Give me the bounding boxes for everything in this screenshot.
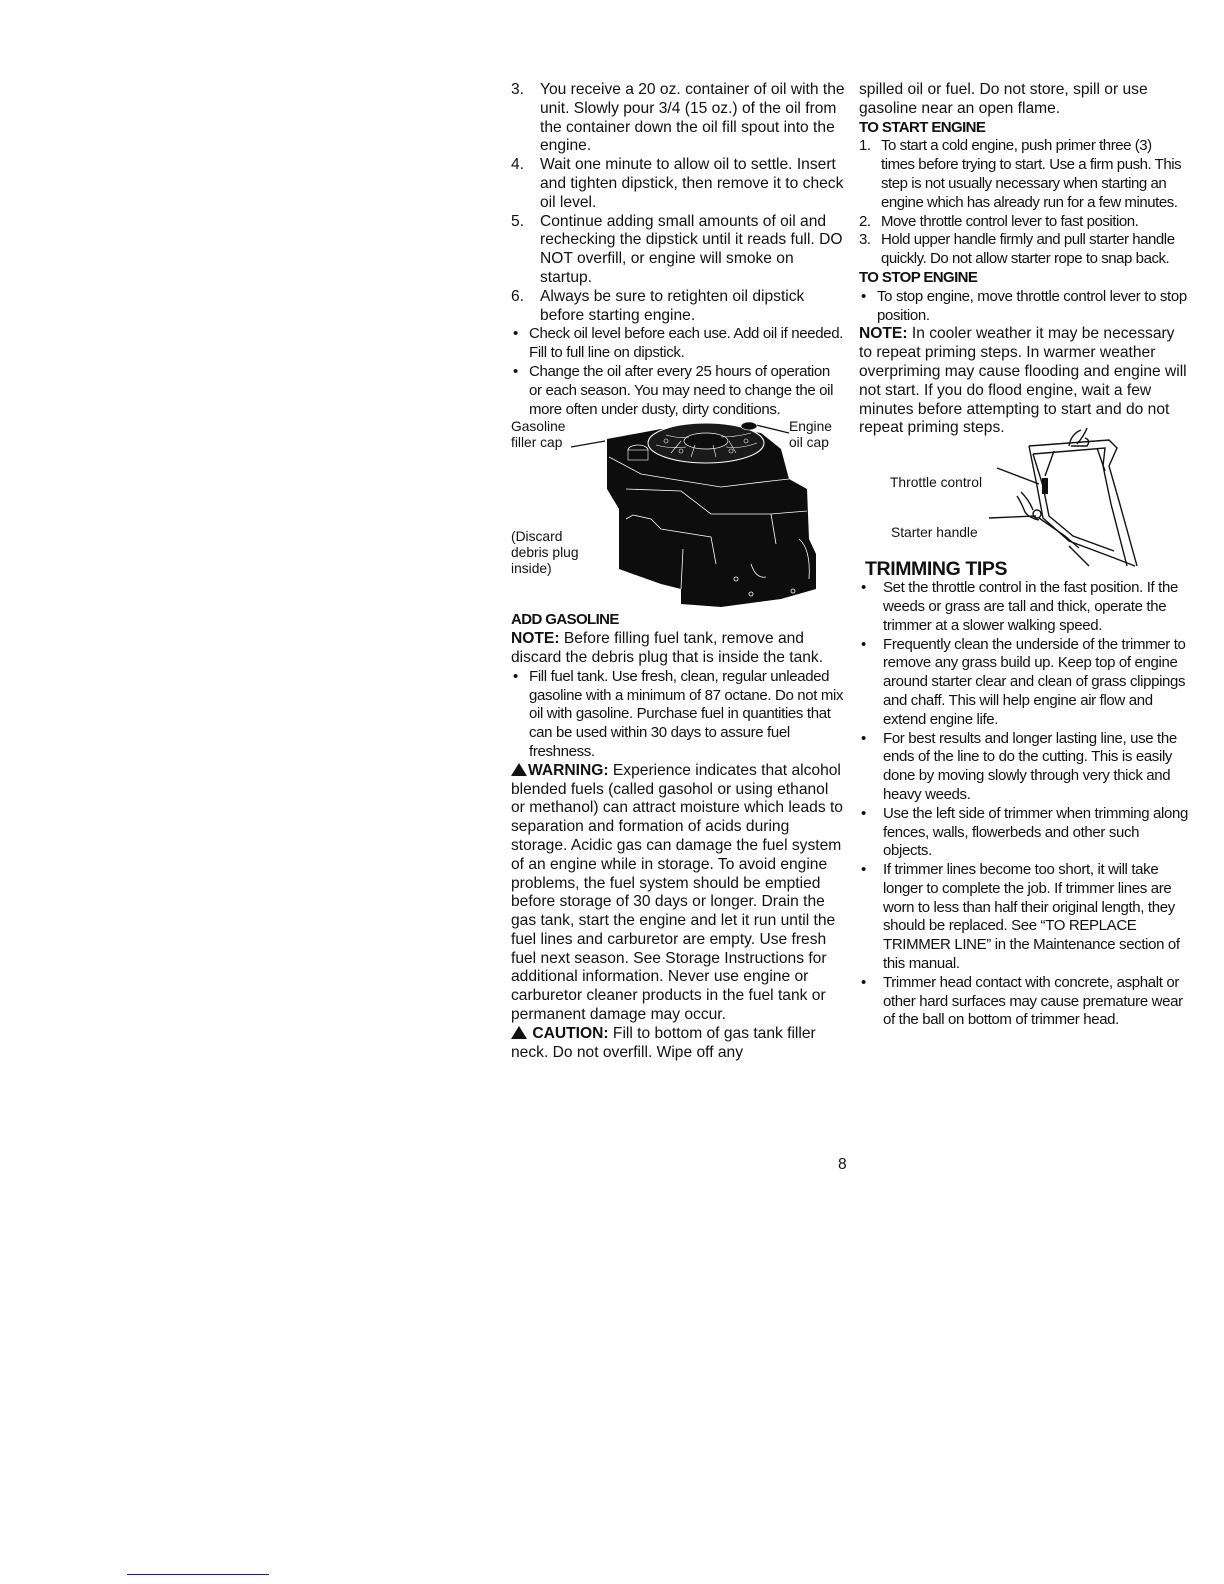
stop-engine-heading: TO STOP ENGINE bbox=[859, 269, 1189, 288]
step-number: 1. bbox=[859, 137, 871, 156]
trimming-tip: • Frequently clean the underside of the … bbox=[859, 636, 1189, 730]
note-text: In cooler weather it may be necessary to… bbox=[859, 325, 1187, 436]
trimming-tip: • For best results and longer lasting li… bbox=[859, 730, 1189, 805]
oil-bullet-check: • Check oil level before each use. Add o… bbox=[511, 325, 845, 363]
bullet-icon: • bbox=[861, 636, 866, 655]
bullet-text: To stop engine, move throttle control le… bbox=[877, 288, 1187, 324]
step-number: 5. bbox=[511, 213, 524, 232]
trimming-tip: • Set the throttle control in the fast p… bbox=[859, 579, 1189, 635]
step-number: 4. bbox=[511, 156, 524, 175]
bullet-text: For best results and longer lasting line… bbox=[883, 730, 1177, 803]
footer-rule bbox=[127, 1574, 269, 1575]
step-number: 2. bbox=[859, 213, 871, 232]
warning-label: WARNING: bbox=[528, 762, 609, 779]
step-text: Wait one minute to allow oil to settle. … bbox=[540, 156, 843, 211]
step-number: 6. bbox=[511, 288, 524, 307]
stop-bullet: • To stop engine, move throttle control … bbox=[859, 288, 1189, 326]
start-step-3: 3. Hold upper handle firmly and pull sta… bbox=[859, 231, 1189, 269]
note-label: NOTE: bbox=[859, 325, 908, 342]
handle-figure: Throttle control Starter handle TRIMMING… bbox=[859, 438, 1189, 573]
bullet-text: If trimmer lines become too short, it wi… bbox=[883, 861, 1180, 972]
left-column: 3. You receive a 20 oz. container of oil… bbox=[511, 81, 845, 1062]
bullet-icon: • bbox=[513, 668, 518, 687]
bullet-icon: • bbox=[861, 805, 866, 824]
step-text: To start a cold engine, push primer thre… bbox=[881, 137, 1181, 210]
trimmer-handle-illustration-icon bbox=[959, 426, 1159, 576]
step-text: Hold upper handle firmly and pull starte… bbox=[881, 231, 1175, 267]
step-text: Always be sure to retighten oil dipstick… bbox=[540, 288, 804, 324]
caution-paragraph: CAUTION: Fill to bottom of gas tank fill… bbox=[511, 1025, 845, 1063]
add-gasoline-heading: ADD GASOLINE bbox=[511, 611, 845, 630]
step-text: Continue adding small amounts of oil and… bbox=[540, 213, 842, 286]
oil-bullet-change: • Change the oil after every 25 hours of… bbox=[511, 363, 845, 419]
engine-illustration-icon bbox=[571, 419, 831, 609]
step-text: You receive a 20 oz. container of oil wi… bbox=[540, 81, 845, 154]
fuel-bullet: • Fill fuel tank. Use fresh, clean, regu… bbox=[511, 668, 845, 762]
bullet-text: Use the left side of trimmer when trimmi… bbox=[883, 805, 1188, 860]
bullet-text: Fill fuel tank. Use fresh, clean, regula… bbox=[529, 668, 843, 760]
bullet-icon: • bbox=[513, 325, 518, 344]
bullet-text: Set the throttle control in the fast pos… bbox=[883, 579, 1178, 634]
right-column: spilled oil or fuel. Do not store, spill… bbox=[859, 81, 1189, 1030]
bullet-text: Trimmer head contact with concrete, asph… bbox=[883, 974, 1183, 1029]
bullet-text: Frequently clean the underside of the tr… bbox=[883, 636, 1186, 728]
bullet-icon: • bbox=[861, 974, 866, 993]
trimming-tips-list: • Set the throttle control in the fast p… bbox=[859, 579, 1189, 1030]
caution-label: CAUTION: bbox=[532, 1025, 608, 1042]
bullet-icon: • bbox=[861, 861, 866, 880]
bullet-icon: • bbox=[513, 363, 518, 382]
warning-paragraph: WARNING: Experience indicates that alcoh… bbox=[511, 762, 845, 1025]
warning-triangle-icon bbox=[511, 763, 527, 776]
step-number: 3. bbox=[859, 231, 871, 250]
page-number: 8 bbox=[838, 1156, 847, 1174]
bullet-icon: • bbox=[861, 579, 866, 598]
add-gasoline-note: NOTE: Before filling fuel tank, remove a… bbox=[511, 630, 845, 668]
step-number: 3. bbox=[511, 81, 524, 100]
step-text: Move throttle control lever to fast posi… bbox=[881, 213, 1138, 230]
trimming-tip: • Trimmer head contact with concrete, as… bbox=[859, 974, 1189, 1030]
note-label: NOTE: bbox=[511, 630, 560, 647]
bullet-icon: • bbox=[861, 288, 866, 307]
oil-step-5: 5. Continue adding small amounts of oil … bbox=[511, 213, 845, 288]
bullet-icon: • bbox=[861, 730, 866, 749]
start-engine-heading: TO START ENGINE bbox=[859, 119, 1189, 138]
oil-step-3: 3. You receive a 20 oz. container of oil… bbox=[511, 81, 845, 156]
trimming-tip: • If trimmer lines become too short, it … bbox=[859, 861, 1189, 974]
warning-text: Experience indicates that alcohol blende… bbox=[511, 762, 843, 1023]
start-step-1: 1. To start a cold engine, push primer t… bbox=[859, 137, 1189, 212]
priming-note: NOTE: In cooler weather it may be necess… bbox=[859, 325, 1189, 438]
bullet-text: Change the oil after every 25 hours of o… bbox=[529, 363, 833, 418]
oil-step-4: 4. Wait one minute to allow oil to settl… bbox=[511, 156, 845, 212]
start-step-2: 2. Move throttle control lever to fast p… bbox=[859, 213, 1189, 232]
continued-caution-text: spilled oil or fuel. Do not store, spill… bbox=[859, 81, 1189, 119]
trimming-tip: • Use the left side of trimmer when trim… bbox=[859, 805, 1189, 861]
engine-figure: Gasoline filler cap Engine oil cap (Disc… bbox=[511, 419, 845, 609]
caution-triangle-icon bbox=[511, 1026, 527, 1039]
bullet-text: Check oil level before each use. Add oil… bbox=[529, 325, 843, 361]
oil-step-6: 6. Always be sure to retighten oil dipst… bbox=[511, 288, 845, 326]
